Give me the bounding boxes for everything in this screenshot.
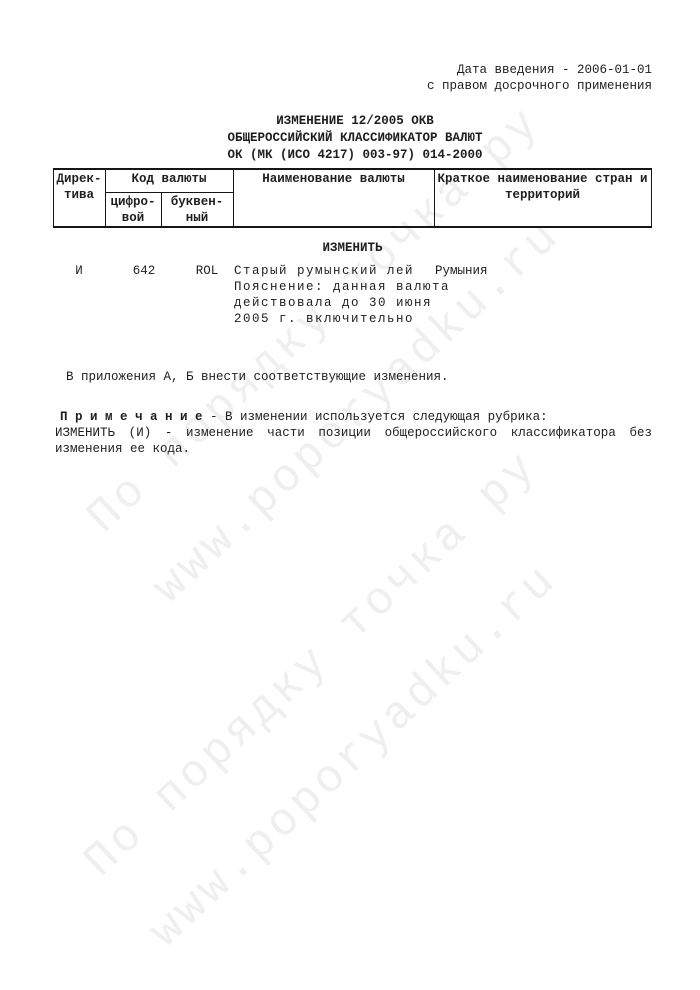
effective-date-block: Дата введения - 2006-01-01 с правом доср…: [427, 62, 652, 94]
header-currency-name: Наименование валюты: [233, 171, 434, 187]
header-countries-line2: территорий: [434, 187, 651, 203]
section-heading-change: ИЗМЕНИТЬ: [53, 240, 652, 256]
currency-note-line: действовала до 30 июня: [234, 295, 450, 311]
note-line2: ИЗМЕНИТЬ (И) - изменение части позиции о…: [55, 425, 652, 441]
document-title: ИЗМЕНЕНИЕ 12/2005 ОКВ ОБЩЕРОССИЙСКИЙ КЛА…: [55, 113, 655, 164]
header-code-group: Код валюты: [105, 171, 233, 187]
row-directive: И: [53, 263, 105, 279]
currency-note-line: Пояснение: данная валюта: [234, 279, 450, 295]
header-countries-line1: Краткое наименование стран и: [434, 171, 651, 187]
table-header-bottom-rule: [53, 226, 652, 228]
row-code-digital: 642: [120, 263, 168, 279]
header-code-letter-line1: буквен-: [161, 194, 233, 210]
row-currency-name: Старый румынский лей Пояснение: данная в…: [234, 263, 450, 327]
title-classifier-name: ОБЩЕРОССИЙСКИЙ КЛАССИФИКАТОР ВАЛЮТ: [55, 130, 655, 147]
table-top-rule: [53, 168, 652, 170]
currency-name-line: Старый румынский лей: [234, 263, 450, 279]
appendix-note: В приложения А, Б внести соответствующие…: [66, 369, 656, 385]
note-line3: изменения ее кода.: [55, 441, 652, 457]
note-label: П р и м е ч а н и е: [60, 410, 203, 424]
header-code-letter-line2: ный: [161, 210, 233, 226]
title-change-number: ИЗМЕНЕНИЕ 12/2005 ОКВ: [55, 113, 655, 130]
header-code-digital-line1: цифро-: [105, 194, 161, 210]
document-page: По порядку точка ру www.poporyadku.ru По…: [0, 0, 700, 990]
note-rest: - В изменении используется следующая руб…: [203, 410, 548, 424]
effective-date-line: Дата введения - 2006-01-01: [427, 62, 652, 78]
row-countries: Румыния: [435, 263, 488, 279]
note-block: П р и м е ч а н и е - В изменении исполь…: [55, 409, 652, 457]
header-code-digital-line2: вой: [105, 210, 161, 226]
early-application-line: с правом досрочного применения: [427, 78, 652, 94]
code-group-underline: [105, 192, 234, 193]
note-line1: П р и м е ч а н и е - В изменении исполь…: [55, 409, 652, 425]
row-code-letter: ROL: [186, 263, 228, 279]
currency-note-line: 2005 г. включительно: [234, 311, 450, 327]
header-directive-line1: Дирек-: [53, 171, 105, 187]
title-classifier-code: ОК (МК (ИСО 4217) 003-97) 014-2000: [55, 147, 655, 164]
header-directive-line2: тива: [53, 187, 105, 203]
